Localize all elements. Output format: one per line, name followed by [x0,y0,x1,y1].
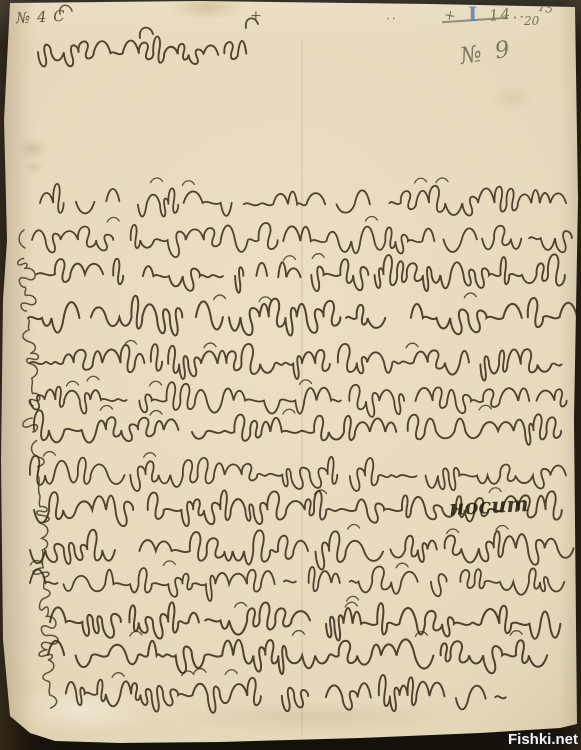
handwriting-lines [0,0,581,750]
blue-roman-numeral: I [468,2,477,26]
site-watermark: Fishki.net [508,731,578,748]
pencil-number-small-low: 20 [524,14,539,28]
paper-sheet: № 4 С + ·· + I 14.. 20 15 № 9 носит [0,0,581,750]
pencil-dots-mark: ·· [386,12,398,26]
overwritten-word: носит [448,491,529,520]
header-cross-mark: + [250,8,262,24]
archival-number-top-left: № 4 С [16,7,67,28]
manuscript-photo: № 4 С + ·· + I 14.. 20 15 № 9 носит Fish… [0,0,581,750]
pencil-number-14: 14.. [488,3,526,25]
pencil-number-small-high: 15 [537,0,555,16]
